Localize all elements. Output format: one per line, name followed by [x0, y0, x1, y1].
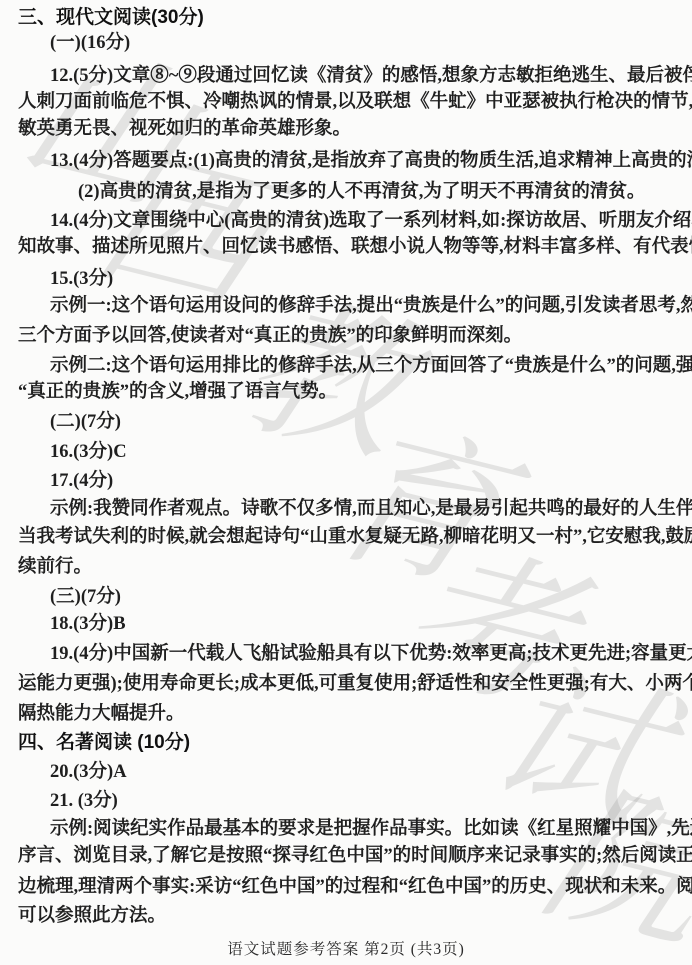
- subsection-label: (一)(16分): [50, 30, 130, 57]
- answer-q12-line2: 人刺刀面前临危不惧、冷嘲热讽的情景,以及联想《牛虻》中亚瑟被执行枪决的情节,展现…: [18, 89, 692, 116]
- subsection-label: (二)(7分): [50, 409, 121, 436]
- answer-q12-line3: 敏英勇无畏、视死如归的革命英雄形象。: [18, 116, 351, 143]
- answer-q15-label: 15.(3分): [50, 266, 113, 293]
- answer-q15-example2-line2: “真正的贵族”的含义,增强了语言气势。: [18, 379, 337, 406]
- answer-q15-example2-line1: 示例二:这个语句运用排比的修辞手法,从三个方面回答了“贵族是什么”的问题,强调了: [50, 353, 692, 380]
- answer-q13-line2: (2)高贵的清贫,是指为了更多的人不再清贫,为了明天不再清贫的清贫。: [78, 179, 645, 206]
- answer-q14-line1: 14.(4分)文章围绕中心(高贵的清贫)选取了一系列材料,如:探访故居、听朋友介…: [50, 208, 692, 235]
- answer-q14-line2: 知故事、描述所见照片、回忆读书感悟、联想小说人物等等,材料丰富多样、有代表性。: [18, 234, 692, 261]
- section-heading-classic-reading: 四、名著阅读 (10分): [18, 729, 190, 756]
- page-footer: 语文试题参考答案 第2页 (共3页): [0, 936, 692, 963]
- answer-q21-label: 21. (3分): [50, 788, 118, 815]
- answer-q17-line2: 当我考试失利的时候,就会想起诗句“山重水复疑无路,柳暗花明又一村”,它安慰我,鼓…: [18, 524, 692, 551]
- answer-q12-line1: 12.(5分)文章⑧~⑨段通过回忆读《清贫》的感悟,想象方志敏拒绝逃生、最后被俘…: [50, 63, 692, 90]
- answer-q17-line3: 续前行。: [18, 554, 92, 581]
- answer-q21-line3: 边梳理,理清两个事实:采访“红色中国”的过程和“红色中国”的历史、现状和未来。阅…: [18, 874, 692, 901]
- answer-sheet-page: 山 西 教 育 考 试 院 三、现代文阅读(30分) (一)(16分) 12.(…: [0, 0, 692, 965]
- answer-q17-line1: 示例:我赞同作者观点。诗歌不仅多情,而且知心,是最易引起共鸣的最好的人生伴侣。每: [50, 496, 692, 523]
- section-heading-modern-text-reading: 三、现代文阅读(30分): [18, 4, 204, 31]
- answer-q21-line1: 示例:阅读纪实作品最基本的要求是把握作品事实。比如读《红星照耀中国》,先通过阅读: [50, 816, 692, 843]
- answer-q20: 20.(3分)A: [50, 759, 127, 786]
- answer-q13-line1: 13.(4分)答题要点:(1)高贵的清贫,是指放弃了高贵的物质生活,追求精神上高…: [50, 148, 692, 175]
- answer-q19-line1: 19.(4分)中国新一代载人飞船试验船具有以下优势:效率更高;技术更先进;容量更…: [50, 641, 692, 668]
- subsection-label: (三)(7分): [50, 584, 121, 611]
- answer-q17-label: 17.(4分): [50, 468, 113, 495]
- answer-q15-example1-line2: 三个方面予以回答,使读者对“真正的贵族”的印象鲜明而深刻。: [18, 323, 522, 350]
- answer-q15-example1-line1: 示例一:这个语句运用设问的修辞手法,提出“贵族是什么”的问题,引发读者思考,然后…: [50, 293, 692, 320]
- answer-q18: 18.(3分)B: [50, 611, 126, 638]
- answer-q21-line2: 序言、浏览目录,了解它是按照“探寻红色中国”的时间顺序来记录事实的;然后阅读正文…: [18, 843, 692, 870]
- answer-q19-line3: 隔热能力大幅提升。: [18, 701, 185, 728]
- answer-q19-line2: 运能力更强);使用寿命更长;成本更低,可重复使用;舒适性和安全性更强;有大、小两…: [18, 671, 692, 698]
- answer-q16: 16.(3分)C: [50, 439, 127, 466]
- answer-q21-line4: 可以参照此方法。: [18, 903, 166, 930]
